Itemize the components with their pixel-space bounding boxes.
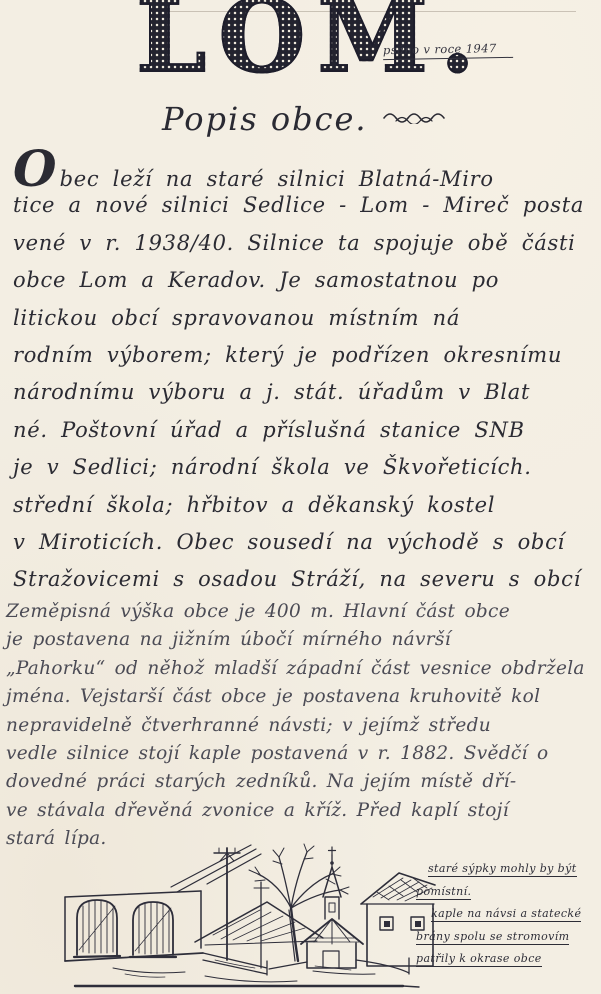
annotation-text: pomístní. (416, 885, 471, 900)
section-heading-text: Popis obce. (162, 100, 368, 138)
handwritten-line: jména. Vejstarší část obce je postavena … (6, 683, 599, 711)
village-sketch-drawing (55, 840, 437, 992)
handwritten-line: je v Sedlici; národní škola ve Škvořetic… (13, 449, 599, 486)
fence-post (254, 882, 269, 968)
handwritten-line: střední škola; hřbitov a děkanský kostel (13, 487, 599, 524)
annotation-text: staré sýpky mohly by být (428, 862, 577, 877)
handwritten-line: dovedné práci starých zedníků. Na jejím … (6, 768, 599, 796)
handwritten-line: Obec leží na staré silnici Blatná-Miro (13, 150, 599, 187)
annotation-block: staré sýpky mohly by být pomístní. kaple… (416, 856, 598, 969)
handwritten-line: národnímu výboru a j. stát. úřadům v Bla… (13, 374, 599, 411)
handwritten-line: vedle silnice stojí kaple postavená v r.… (6, 740, 599, 768)
low-walls (203, 953, 409, 975)
barn-gates (65, 891, 203, 961)
annotation-text: kaple na návsi a statecké (431, 907, 581, 922)
roof-beams (171, 845, 261, 892)
annotation-line: patřily k okrase obce (416, 946, 598, 969)
handwritten-line: rodním výborem; který je podřízen okresn… (13, 337, 599, 374)
body-paragraph-2: Zeměpisná výška obce je 400 m. Hlavní čá… (6, 598, 599, 854)
annotation-line: pomístní. (416, 879, 598, 902)
handwritten-line: je postavena na jižním úbočí mírného náv… (6, 626, 599, 654)
handwritten-line: v Miroticích. Obec sousedí na východě s … (13, 524, 599, 561)
handwritten-line: litickou obcí spravovanou místním ná (13, 300, 599, 337)
utility-pole (214, 848, 240, 960)
body-paragraph-1: Obec leží na staré silnici Blatná-Miro t… (13, 150, 599, 599)
annotation-text: brány spolu se stromovím (416, 930, 569, 945)
middle-roof (195, 902, 323, 945)
annotation-line: kaple na návsi a statecké (431, 901, 598, 924)
handwritten-line: tice a nové silnici Sedlice - Lom - Mire… (13, 187, 599, 224)
handwritten-line: Stražovicemi s osadou Stráží, na severu … (13, 561, 599, 598)
annotation-line: staré sýpky mohly by být (428, 856, 598, 879)
handwritten-line: obce Lom a Keradov. Je samostatnou po (13, 262, 599, 299)
handwritten-line: Zeměpisná výška obce je 400 m. Hlavní čá… (6, 598, 599, 626)
chronicle-page: LOM. psáno v roce 1947 Popis obce. Obec … (0, 0, 601, 994)
handwritten-line: vené v r. 1938/40. Silnice ta spojuje ob… (13, 225, 599, 262)
handwritten-line: né. Poštovní úřad a příslušná stanice SN… (13, 412, 599, 449)
handwritten-line: ve stávala dřevěná zvonice a kříž. Před … (6, 797, 599, 825)
flourish-squiggle-icon (382, 110, 446, 124)
handwritten-line: nepravidelně čtverhranné návsti; v jejím… (6, 712, 599, 740)
annotation-text: patřily k okrase obce (416, 952, 542, 967)
chapel (301, 847, 363, 968)
handwritten-line: „Pahorku“ od něhož mladší západní část v… (6, 655, 599, 683)
written-note: psáno v roce 1947 (383, 41, 513, 60)
section-heading: Popis obce. (162, 100, 446, 138)
annotation-line: brány spolu se stromovím (416, 924, 598, 947)
